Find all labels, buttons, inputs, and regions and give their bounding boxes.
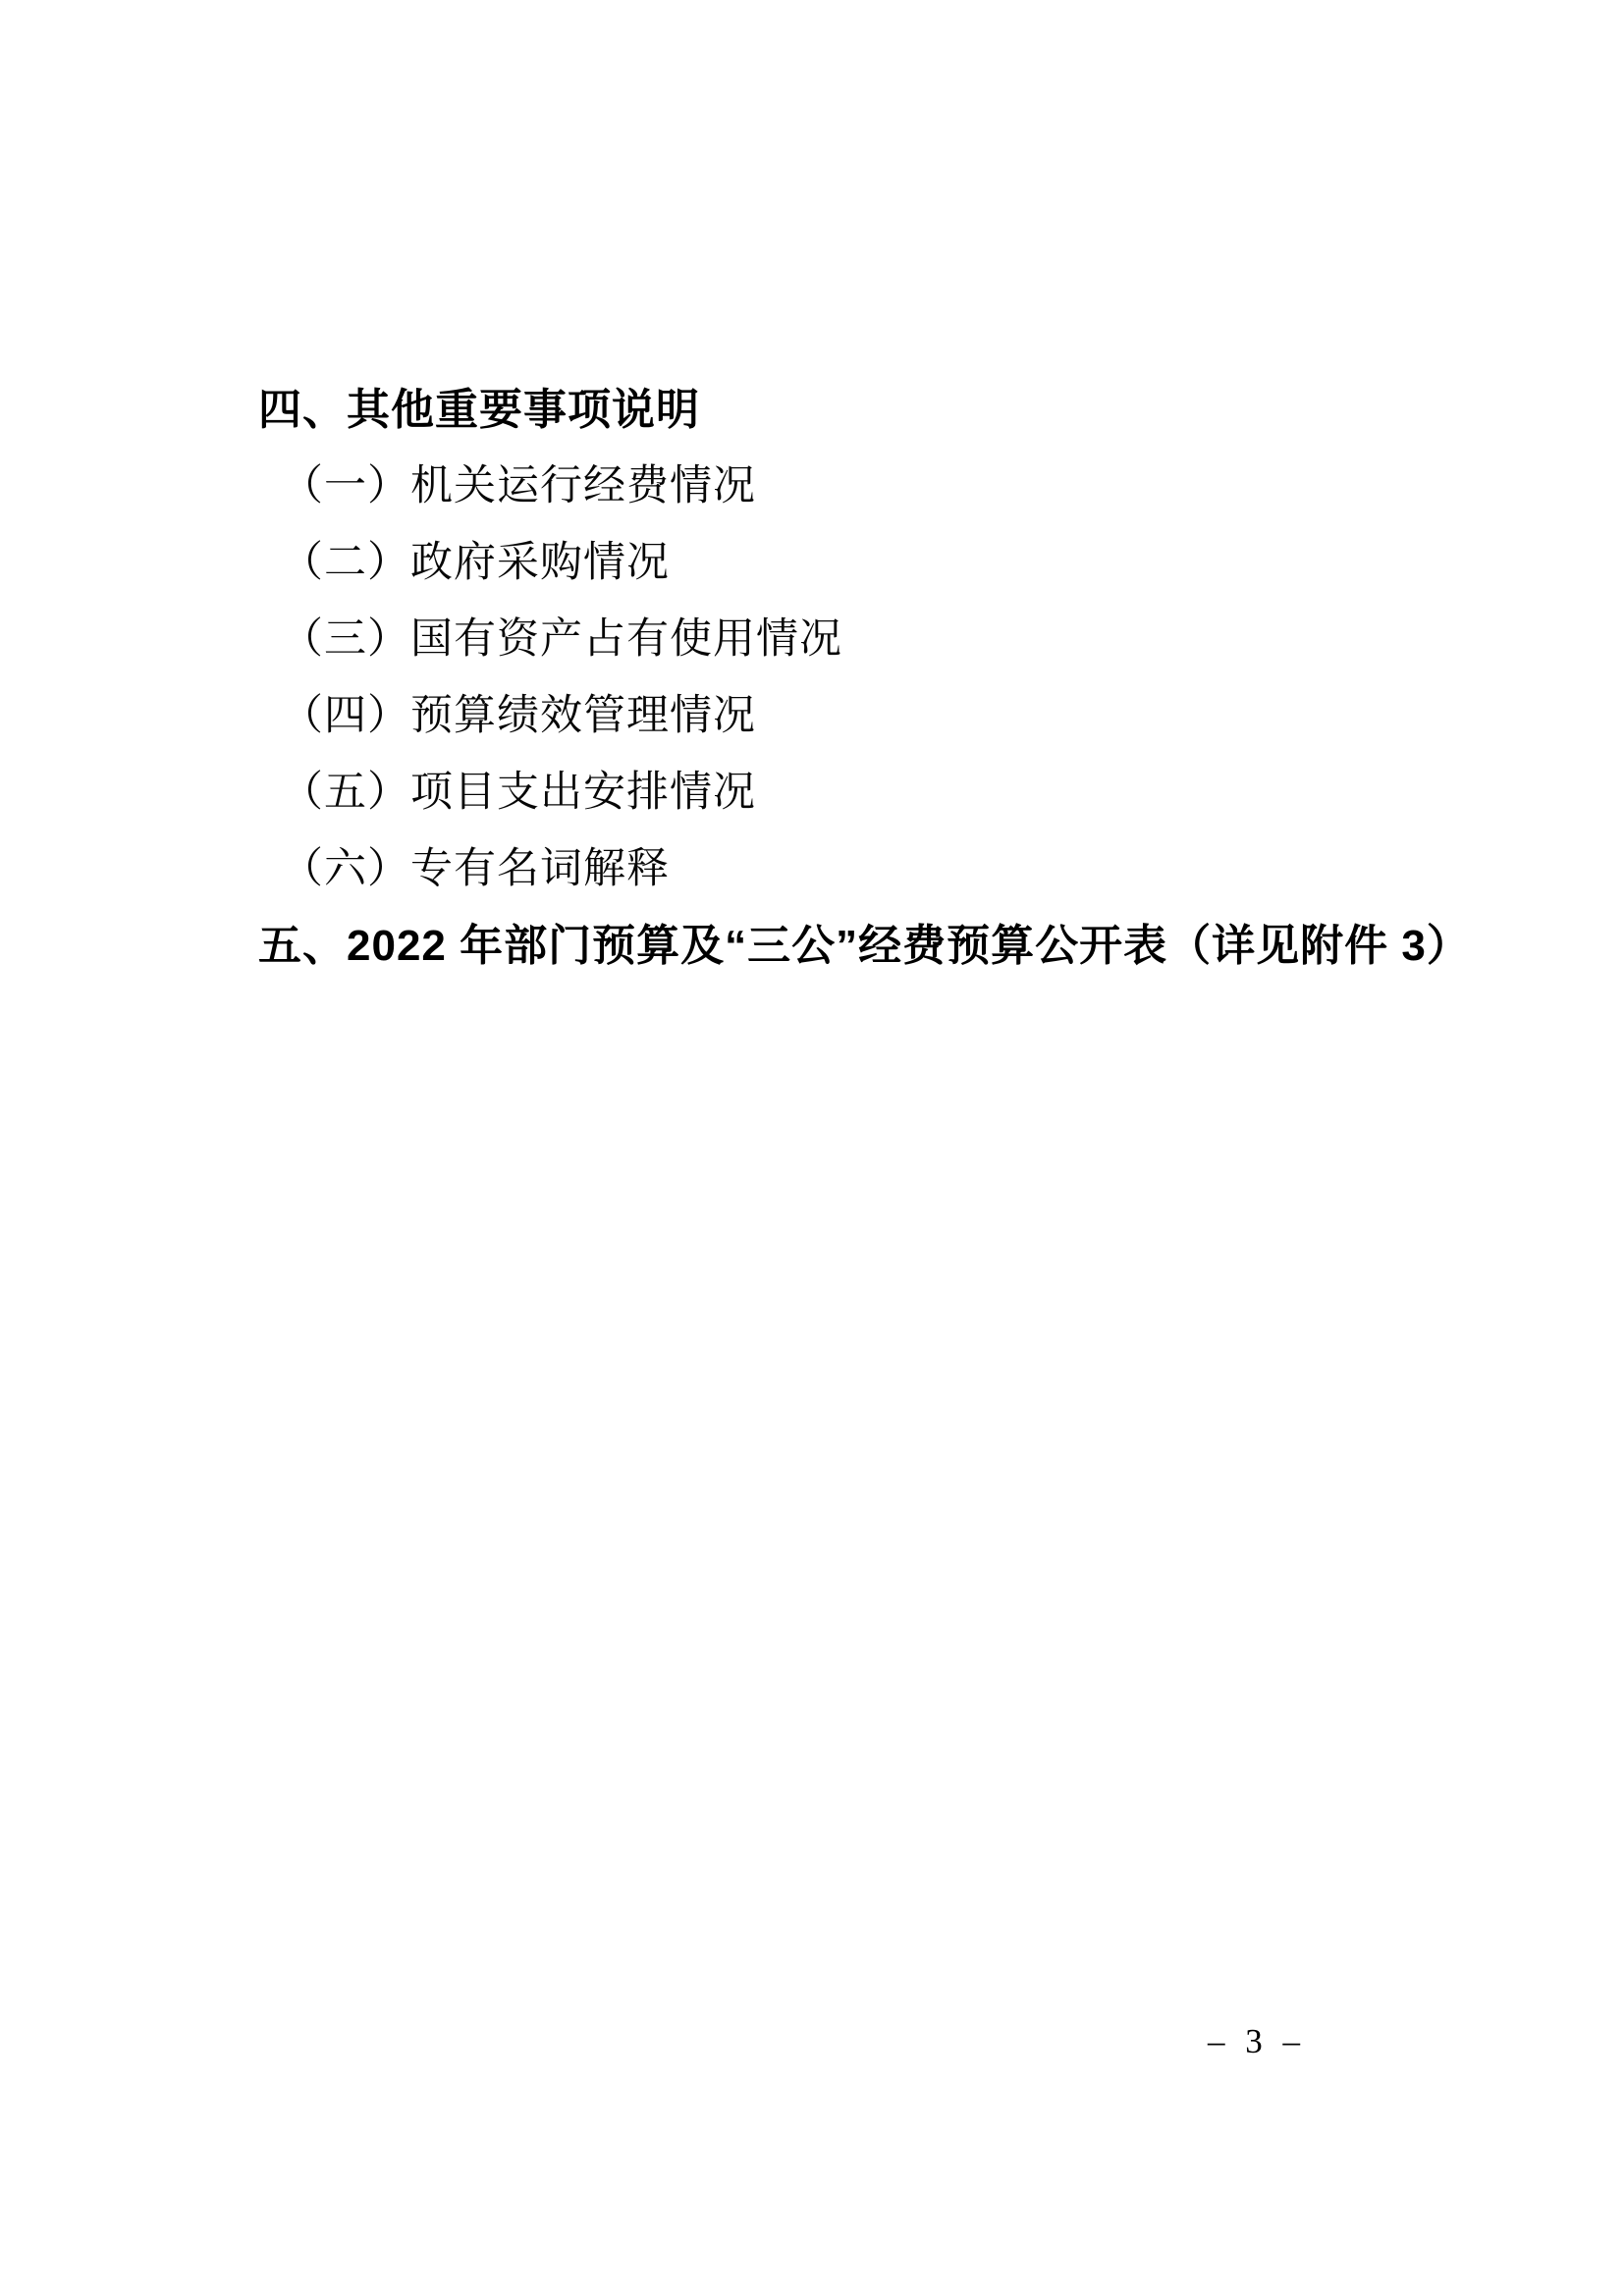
toc-item-state-owned-assets: （三）国有资产占有使用情况 [258,602,1506,678]
toc-item-proper-noun-glossary: （六）专有名词解释 [258,831,1506,908]
toc-item-project-expenditure-arrangement: （五）项目支出安排情况 [258,755,1506,831]
document-page: 四、其他重要事项说明 （一）机关运行经费情况 （二）政府采购情况 （三）国有资产… [0,0,1624,2296]
toc-item-government-procurement: （二）政府采购情况 [258,525,1506,602]
section-heading-2022-budget-disclosure-tables: 五、2022 年部门预算及“三公”经费预算公开表（详见附件 3） [258,908,1506,985]
table-of-contents: 四、其他重要事项说明 （一）机关运行经费情况 （二）政府采购情况 （三）国有资产… [258,372,1506,985]
page-number: – 3 – [1134,2018,1380,2065]
toc-item-agency-operating-funds: （一）机关运行经费情况 [258,449,1506,525]
toc-item-budget-performance-management: （四）预算绩效管理情况 [258,678,1506,755]
section-heading-other-important-matters: 四、其他重要事项说明 [258,372,1506,449]
